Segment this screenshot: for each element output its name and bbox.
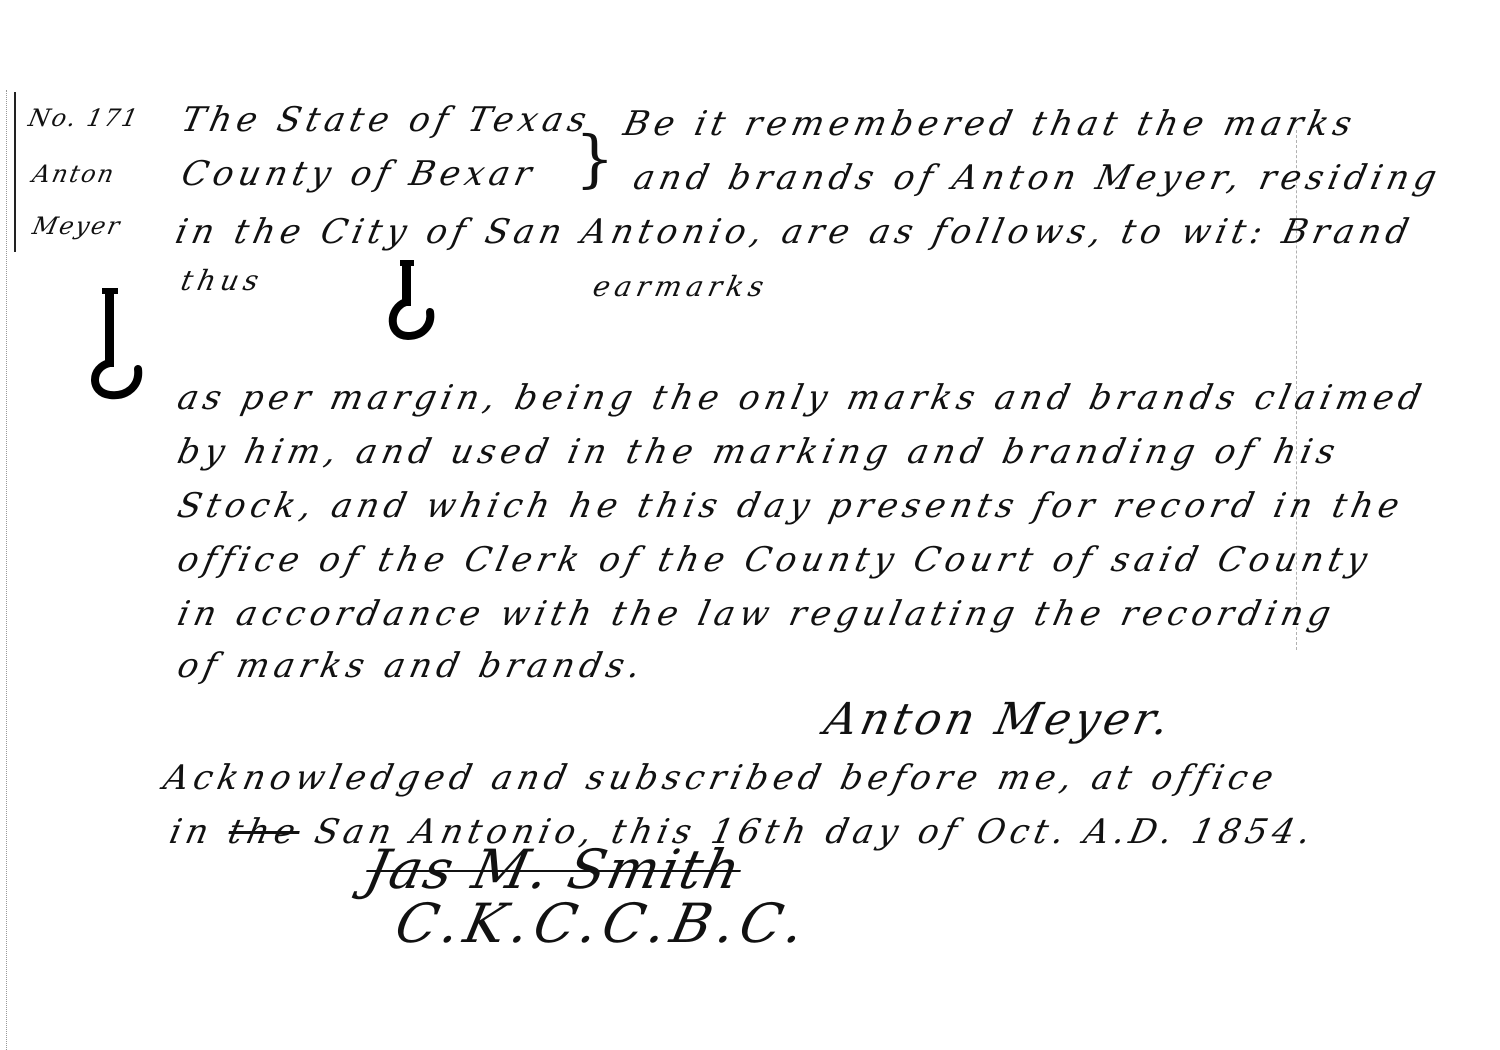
body-line-1: Be it remembered that the marks	[620, 104, 1360, 144]
document-page: No. 171 Anton Meyer The State of Texas C…	[0, 0, 1500, 1050]
hook-brand-icon	[88, 285, 150, 405]
acknowledgement-line-1: Acknowledged and subscribed before me, a…	[160, 758, 1282, 798]
body-line-7: Stock, and which he this day presents fo…	[174, 486, 1408, 526]
body-line-earmarks: earmarks	[590, 270, 772, 303]
body-line-6: by him, and used in the marking and bran…	[174, 432, 1344, 472]
acknowledgement-in: in	[166, 812, 217, 852]
owner-signature: Anton Meyer.	[820, 694, 1178, 745]
heading-county: County of Bexar	[178, 154, 540, 194]
body-line-2-text: and brands of Anton Meyer, residing	[630, 158, 1445, 198]
scan-edge	[6, 90, 9, 1050]
clerk-title: C.K.C.C.B.C.	[390, 892, 816, 955]
margin-record-number: No. 171	[26, 104, 142, 132]
margin-name-first: Anton	[30, 160, 118, 188]
struck-word: the	[225, 812, 304, 852]
body-line-9: in accordance with the law regulating th…	[174, 594, 1339, 634]
body-line-3: in the City of San Antonio, are as follo…	[172, 212, 1417, 252]
body-line-8: office of the Clerk of the County Court …	[174, 540, 1376, 580]
hook-brand-icon	[384, 258, 444, 342]
margin-name-last: Meyer	[30, 212, 124, 240]
body-line-thus: thus	[178, 264, 267, 297]
body-line-2: and brands of Anton Meyer, residing	[630, 158, 1445, 198]
margin-bracket	[14, 92, 26, 252]
brace-icon: }	[575, 128, 619, 190]
heading-state-text: The State of Texas	[178, 100, 595, 140]
body-line-5: as per margin, being the only marks and …	[174, 378, 1430, 418]
body-line-10: of marks and brands.	[174, 646, 649, 686]
heading-state: The State of Texas	[178, 100, 595, 140]
